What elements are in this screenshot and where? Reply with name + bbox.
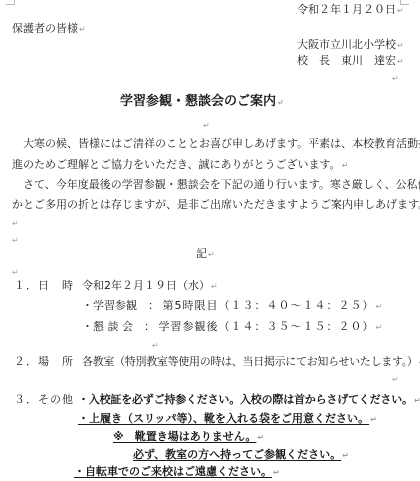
body-line: 進のためご理解とご協力をいただき、誠にありがとうございます。↵ — [12, 158, 348, 173]
paragraph-mark-icon: ↵ — [12, 236, 19, 246]
paragraph-mark-icon: ↵ — [414, 396, 420, 405]
paragraph-mark-icon: ↵ — [397, 57, 404, 66]
paragraph-mark-icon: ↵ — [12, 268, 19, 278]
paragraph-mark-icon: ↵ — [208, 250, 215, 259]
item-place-value: 各教室（特別教室等使用の時は、当日掲示にてお知らせいたします。）↵ — [82, 355, 420, 370]
recipient: 保護者の皆様↵ — [12, 22, 86, 37]
letter-date: 令和２年１月２０日↵ — [297, 3, 404, 18]
note-entry-pass: ・入校証を必ずご持参ください。入校の際は首からさげてください。↵ — [78, 393, 420, 408]
paragraph-mark-icon: ↵ — [342, 451, 349, 460]
item-datetime-value: 令和2年２月１９日（水）↵ — [82, 279, 218, 294]
paragraph-mark-icon: ↵ — [342, 161, 349, 170]
item-place-label: ２．場 所 — [14, 355, 74, 369]
paragraph-mark-icon: ↵ — [203, 121, 210, 131]
paragraph-mark-icon: ↵ — [79, 25, 86, 34]
paragraph-mark-icon: ↵ — [12, 219, 19, 229]
item-datetime-sub-observation: ・学習参観 ： 第5時限目（１３：４０～１４：２５）↵ — [82, 299, 382, 314]
paragraph-mark-icon: ↵ — [392, 375, 399, 385]
paragraph-mark-icon: ↵ — [211, 282, 218, 291]
ki-heading: 記↵ — [196, 247, 215, 262]
paragraph-mark-icon: ↵ — [397, 6, 404, 15]
paragraph-mark-icon: ↵ — [397, 41, 404, 50]
note-no-shoe-storage: ※ 靴置き場はありません。↵ — [113, 430, 264, 445]
paragraph-mark-icon: ↵ — [277, 97, 284, 107]
body-line: かとご多用の折とは存じますが、是非ご出席いただきますようご案内申しあげます。↵ — [12, 198, 420, 213]
body-line: 大寒の候、皆様にはご清祥のこととお喜び申しあげます。平素は、本校教育活動推 — [12, 137, 420, 151]
body-line: さて、今年度最後の学習参観・懇談会を下記の通り行います。寒さ厳しく、公私何 — [12, 178, 420, 192]
margin-corner-mark — [6, 0, 15, 5]
paragraph-mark-icon: ↵ — [152, 341, 159, 351]
sender-school: 大阪市立川北小学校↵ — [297, 38, 404, 53]
note-bring-to-classroom: 必ず、教室の方へ持ってご参観ください。↵ — [133, 448, 349, 463]
note-indoor-shoes: ・上履き（スリッパ等）、靴を入れる袋をご用意ください。↵ — [78, 412, 377, 427]
item-datetime-sub-conference: ・懇 談 会 ： 学習参観後（１４：３５～１５：２０）↵ — [82, 320, 382, 335]
item-datetime-label: １．日 時 — [14, 279, 74, 293]
paragraph-mark-icon: ↵ — [370, 415, 377, 424]
sender-principal: 校 長 東川 達宏↵ — [297, 54, 404, 69]
paragraph-mark-icon: ↵ — [273, 468, 280, 477]
document-title: 学習参観・懇談会のご案内↵ — [120, 94, 284, 110]
note-no-bicycles: ・自転車でのご来校はご遠慮ください。↵ — [74, 465, 280, 480]
paragraph-mark-icon: ↵ — [257, 433, 264, 442]
paragraph-mark-icon: ↵ — [376, 302, 383, 311]
paragraph-mark-icon: ↵ — [376, 323, 383, 332]
paragraph-mark-icon: ↵ — [392, 74, 399, 84]
document-page: 令和２年１月２０日↵ 保護者の皆様↵ 大阪市立川北小学校↵ 校 長 東川 達宏↵… — [0, 0, 420, 481]
item-other-label: ３．その他 — [14, 393, 74, 407]
